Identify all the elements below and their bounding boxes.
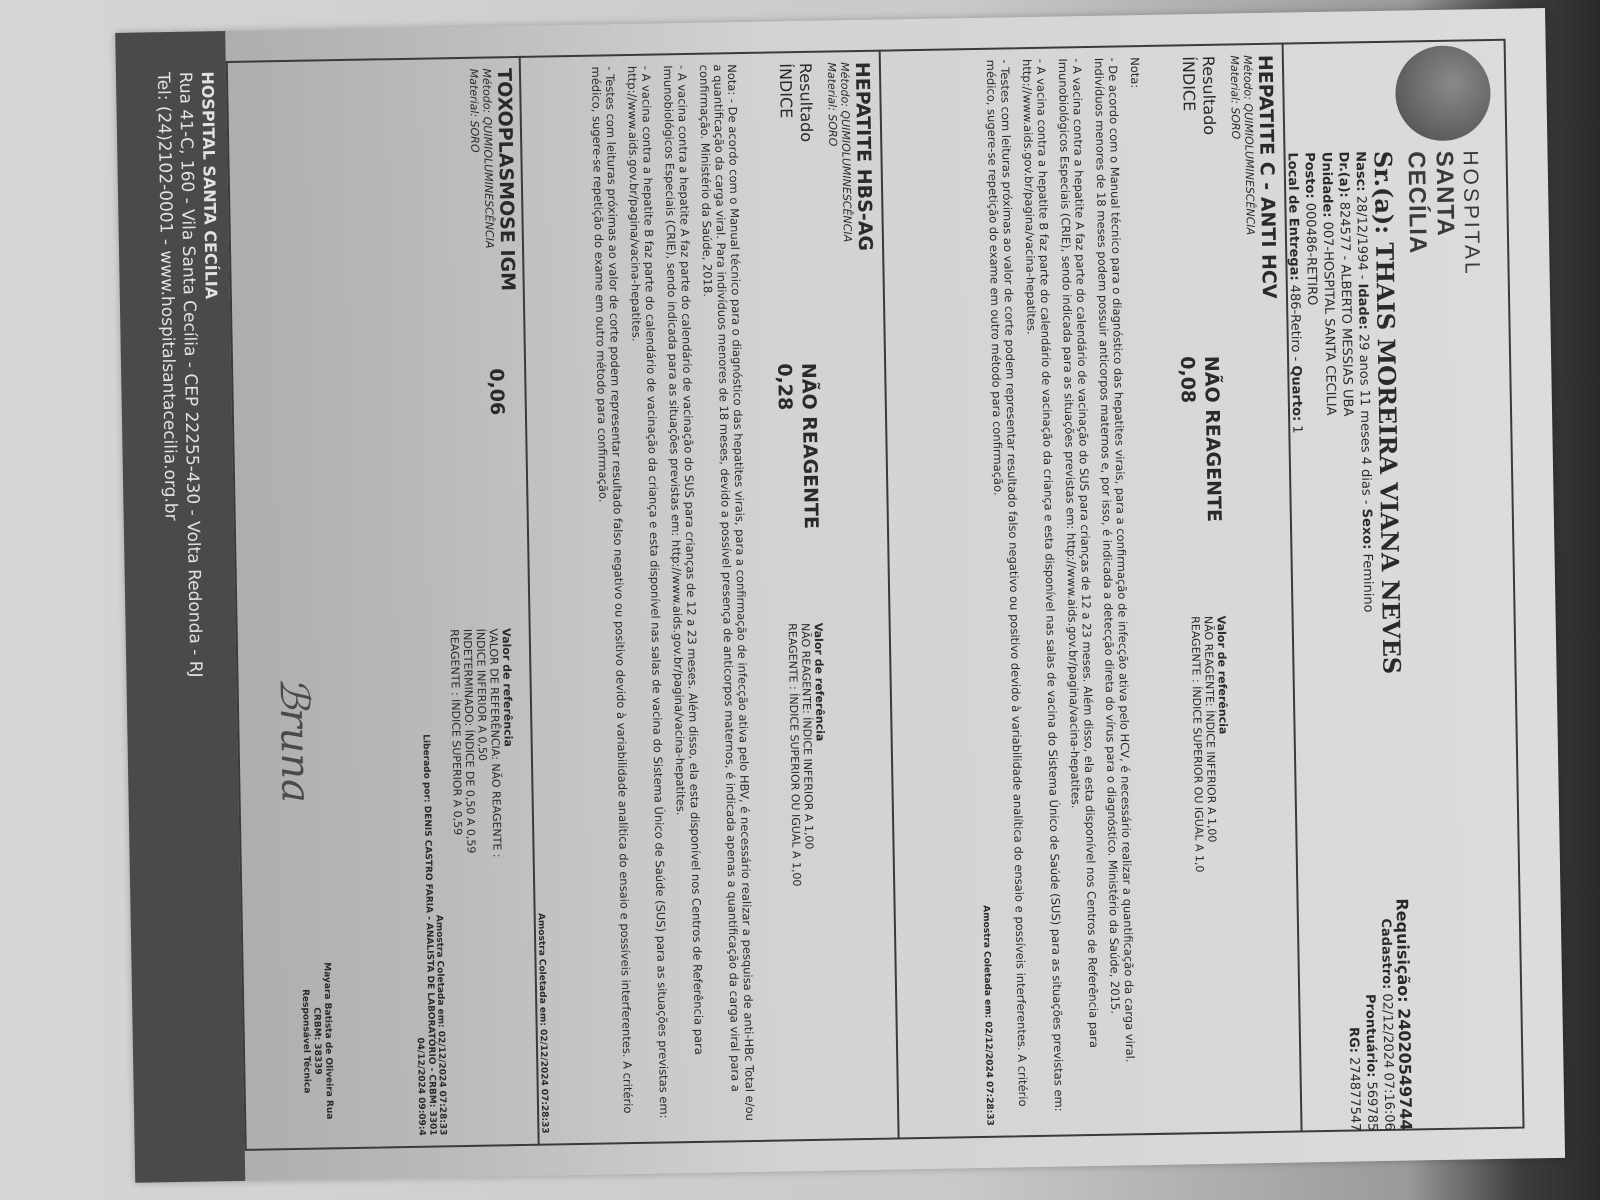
cadastro-label: Cadastro: <box>1378 918 1394 989</box>
exam-section-toxoplasmose: Amostra Coletada em: 02/12/2024 07:28:33… <box>391 56 540 1148</box>
medical-record: 569785 <box>1364 1081 1380 1131</box>
signature-block: ℬruna <box>269 590 320 891</box>
result-value: 0,08 <box>1175 356 1202 523</box>
result-row: ResultadoÍNDICE NÃO REAGENTE0,28 Valor d… <box>745 63 834 1130</box>
result-row: ResultadoÍNDICE NÃO REAGENTE0,08 Valor d… <box>1148 56 1237 1123</box>
station: 000486-RETIRO <box>1302 203 1319 306</box>
sex: Feminino <box>1359 553 1375 612</box>
exam-method: QUIMIOLUMINESCÊNCIA <box>839 110 854 242</box>
exam-notes: Nota: - De acordo com o Manual técnico p… <box>589 64 758 1132</box>
reference-values: Valor de referência NÃO REAGENTE: ÍNDICE… <box>786 623 830 924</box>
material-label: Material: <box>825 62 839 111</box>
posto-label: Posto: <box>1301 152 1317 199</box>
exam-material: SORO <box>826 114 840 146</box>
patient-name-label: Sr.(a): <box>1368 151 1399 243</box>
doctor-label: Dr.(a): <box>1335 151 1351 197</box>
birth-date: 28/12/1994 <box>1353 196 1369 271</box>
signature-scribble: ℬruna <box>269 590 320 891</box>
exam-method: QUIMIOLUMINESCÊNCIA <box>1242 103 1257 235</box>
exam-notes: Nota: - De acordo com o Manual técnico p… <box>984 57 1161 1126</box>
request-info: Requisição: 24020549744 Cadastro: 02/12/… <box>1343 898 1415 1131</box>
quarto-label: Quarto: <box>1288 365 1304 421</box>
result-value: 0,28 <box>772 363 799 530</box>
prontuario-label: Prontuário: <box>1362 994 1378 1078</box>
nota-label: Nota: <box>725 64 740 95</box>
result-label: Resultado <box>795 63 816 143</box>
index-label: ÍNDICE <box>1178 56 1199 136</box>
page-footer: HOSPITAL SANTA CECÍLIA Rua 41-C, 160 - V… <box>115 31 245 1183</box>
room: 1 <box>1289 425 1304 434</box>
technical-responsible: Mayara Batista de Oliveira Rua CRBM: 383… <box>298 962 334 1120</box>
sexo-label: Sexo: <box>1359 509 1375 550</box>
unidade-label: Unidade: <box>1318 152 1334 218</box>
method-label: Método: <box>1241 55 1255 100</box>
index-label: ÍNDICE <box>775 63 796 143</box>
idade-label: Idade: <box>1355 283 1371 330</box>
request-number: 24020549744 <box>1394 1008 1415 1131</box>
requisicao-label: Requisição: <box>1393 898 1414 1003</box>
doctor: 824577 - ALBERTO MESSIAS UBA <box>1336 202 1355 417</box>
unit: 007-HOSPITAL SANTA CECILIA <box>1320 222 1338 416</box>
rg-label: RG: <box>1346 1027 1361 1053</box>
reference-values: Valor de referência NÃO REAGENTE: ÍNDICE… <box>1189 616 1233 917</box>
method-label: Método: <box>838 62 852 107</box>
lab-report-page: HOSPITAL SANTA CECÍLIA Sr.(a): THAIS MOR… <box>115 8 1565 1183</box>
nasc-label: Nasc: <box>1352 151 1368 192</box>
result-text: NÃO REAGENTE <box>796 363 823 530</box>
reference-values: Valor de referência VALOR DE REFERÊNCIA:… <box>448 628 519 969</box>
delivery-location: 486-Retiro <box>1287 285 1303 353</box>
material-label: Material: <box>1228 55 1242 104</box>
exam-section-hbs-ag: HEPATITE HBS-AG Método: QUIMIOLUMINESCÊN… <box>575 50 900 1145</box>
result-label: Resultado <box>1198 56 1219 136</box>
exam-material: SORO <box>1229 107 1243 139</box>
registration-date: 02/12/2024 07:16:06 <box>1379 993 1396 1131</box>
rg-number: 274877547 <box>1346 1057 1362 1132</box>
result-text: NÃO REAGENTE <box>1199 356 1226 523</box>
age: 29 anos 11 meses 4 dias <box>1356 334 1374 496</box>
exam-section-anti-hcv: HEPATITE C - ANTI HCV Método: QUIMIOLUMI… <box>960 43 1303 1138</box>
result-value: 0,06 <box>484 368 509 415</box>
patient-header: Sr.(a): THAIS MOREIRA VIANA NEVES Nasc: … <box>1283 151 1414 1133</box>
